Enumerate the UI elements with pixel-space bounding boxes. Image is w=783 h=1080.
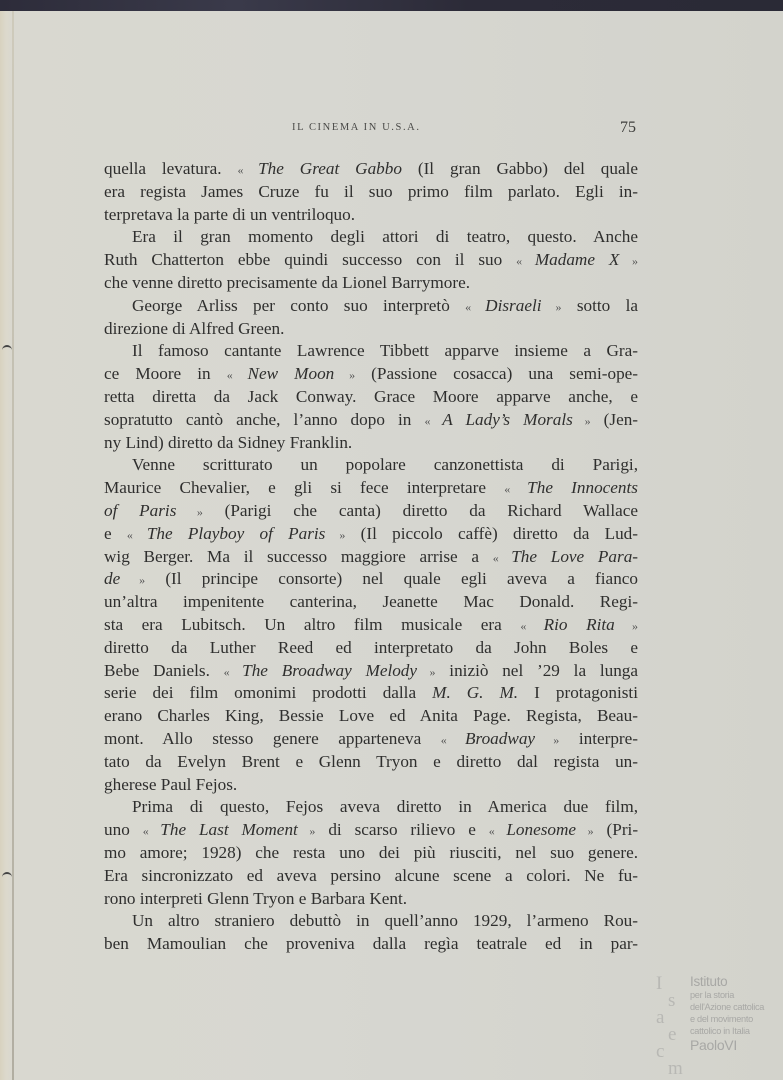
text-run: Un altro straniero debuttò in quell’anno…	[132, 911, 638, 930]
text-run: (Il piccolo caffè) diretto da Lud-	[345, 524, 638, 543]
guillemet: «	[227, 368, 248, 382]
text-line: Il famoso cantante Lawrence Tibbett appa…	[104, 340, 638, 363]
text-line: ny Lind) diretto da Sidney Franklin.	[104, 432, 638, 455]
guillemet: «	[504, 482, 527, 496]
guillemet: »	[576, 824, 594, 838]
guillemet: »	[298, 824, 316, 838]
film-title: The Playboy of Paris	[147, 524, 326, 543]
text-line: e « The Playboy of Paris » (Il piccolo c…	[104, 523, 638, 546]
text-run: Il famoso cantante Lawrence Tibbett appa…	[132, 341, 638, 360]
text-run: quella levatura.	[104, 159, 237, 178]
film-title: The Innocents	[527, 478, 638, 497]
text-run: serie dei film omonimi prodotti dalla	[104, 683, 432, 702]
film-title: Rio Rita	[544, 615, 615, 634]
isacem-watermark-logo: Isaecm Istituto per la storia dell'Azion…	[656, 975, 781, 1070]
text-run: un’altra impenitente canterina, Jeanette…	[104, 592, 638, 611]
watermark-line: per la storia	[690, 989, 783, 1001]
text-run: iniziò nel ’29 la lunga	[436, 661, 639, 680]
text-line: sopratutto cantò anche, l’anno dopo in «…	[104, 409, 638, 432]
text-line: mont. Allo stesso genere apparteneva « B…	[104, 728, 638, 751]
text-run: uno	[104, 820, 143, 839]
text-line: ben Mamoulian che proveniva dalla regìa …	[104, 933, 638, 956]
guillemet: «	[424, 414, 442, 428]
film-title: de	[104, 569, 120, 588]
text-line: Prima di questo, Fejos aveva diretto in …	[104, 796, 638, 819]
body-text: quella levatura. « The Great Gabbo (Il g…	[104, 158, 638, 956]
film-title: New Moon	[248, 364, 335, 383]
guillemet: »	[573, 414, 591, 428]
text-run: Venne scritturato un popolare canzonetti…	[132, 455, 638, 474]
film-title: The Love Para-	[511, 547, 638, 566]
text-run: ny Lind) diretto da Sidney Franklin.	[104, 433, 352, 452]
text-run: (Jen-	[591, 410, 638, 429]
text-run: Ruth Chatterton ebbe quindi successo con…	[104, 250, 516, 269]
text-run: diretto da Luther Reed ed interpretato d…	[104, 638, 638, 657]
text-line: tato da Evelyn Brent e Glenn Tryon e dir…	[104, 751, 638, 774]
text-run: gherese Paul Fejos.	[104, 775, 237, 794]
text-line: wig Berger. Ma il successo maggiore arri…	[104, 546, 638, 569]
text-run: mont. Allo stesso genere apparteneva	[104, 729, 441, 748]
text-run: mo amore; 1928) che resta uno dei più ri…	[104, 843, 638, 862]
text-run: Bebe Daniels.	[104, 661, 224, 680]
text-run: era regista James Cruze fu il suo primo …	[104, 182, 638, 201]
film-title: Disraeli	[485, 296, 541, 315]
text-line: George Arliss per conto suo interpretò «…	[104, 295, 638, 318]
text-line: mo amore; 1928) che resta uno dei più ri…	[104, 842, 638, 865]
text-run: direzione di Alfred Green.	[104, 319, 284, 338]
text-run: wig Berger. Ma il successo maggiore arri…	[104, 547, 493, 566]
text-line: Un altro straniero debuttò in quell’anno…	[104, 910, 638, 933]
text-run: I protagonisti	[518, 683, 638, 702]
guillemet: »	[325, 528, 345, 542]
film-title: Broadway	[465, 729, 535, 748]
watermark-monogram: Isaecm	[656, 975, 690, 1067]
film-title: M. G. M.	[432, 683, 518, 702]
film-title: A Lady’s Morals	[442, 410, 573, 429]
text-run: (Passione cosacca) una semi-ope-	[355, 364, 638, 383]
text-line: Maurice Chevalier, e gli si fece interpr…	[104, 477, 638, 500]
guillemet: «	[489, 824, 507, 838]
text-line: erano Charles King, Bessie Love ed Anita…	[104, 705, 638, 728]
text-run: di scarso rilievo e	[315, 820, 488, 839]
text-run: ben Mamoulian che proveniva dalla regìa …	[104, 934, 638, 953]
text-run: sta era Lubitsch. Un altro film musicale…	[104, 615, 520, 634]
film-title: The Broadway Melody	[242, 661, 417, 680]
guillemet: «	[127, 528, 147, 542]
text-line: gherese Paul Fejos.	[104, 774, 638, 797]
text-line: Era sincronizzato ed aveva persino alcun…	[104, 865, 638, 888]
text-line: Era il gran momento degli attori di teat…	[104, 226, 638, 249]
text-line: Ruth Chatterton ebbe quindi successo con…	[104, 249, 638, 272]
page-number: 75	[620, 119, 636, 137]
text-line: quella levatura. « The Great Gabbo (Il g…	[104, 158, 638, 181]
text-run: (Il gran Gabbo) del quale	[402, 159, 638, 178]
guillemet: «	[520, 619, 543, 633]
text-line: diretto da Luther Reed ed interpretato d…	[104, 637, 638, 660]
text-line: sta era Lubitsch. Un altro film musicale…	[104, 614, 638, 637]
film-title: The Great Gabbo	[258, 159, 402, 178]
watermark-signature: PaoloVI	[690, 1038, 783, 1053]
text-run: che venne diretto precisamente da Lionel…	[104, 273, 470, 292]
text-run: sopratutto cantò anche, l’anno dopo in	[104, 410, 424, 429]
text-run: Prima di questo, Fejos aveva diretto in …	[132, 797, 638, 816]
text-run: (Il principe consorte) nel quale egli av…	[145, 569, 638, 588]
text-run: Era il gran momento degli attori di teat…	[132, 227, 638, 246]
running-head: IL CINEMA IN U.S.A. 75	[0, 119, 783, 139]
watermark-line: e del movimento	[690, 1013, 783, 1025]
text-line: Bebe Daniels. « The Broadway Melody » in…	[104, 660, 638, 683]
text-run: e	[104, 524, 127, 543]
text-run: Maurice Chevalier, e gli si fece interpr…	[104, 478, 504, 497]
guillemet: «	[465, 300, 485, 314]
guillemet: «	[493, 551, 511, 565]
page-gutter-fold	[12, 11, 14, 1080]
film-title: The Last Moment	[160, 820, 298, 839]
text-line: un’altra impenitente canterina, Jeanette…	[104, 591, 638, 614]
text-run: tato da Evelyn Brent e Glenn Tryon e dir…	[104, 752, 638, 771]
guillemet: «	[441, 733, 465, 747]
text-line: era regista James Cruze fu il suo primo …	[104, 181, 638, 204]
text-line: uno « The Last Moment » di scarso riliev…	[104, 819, 638, 842]
text-line: Venne scritturato un popolare canzonetti…	[104, 454, 638, 477]
text-run: (Pri-	[594, 820, 638, 839]
text-run: retta diretta da Jack Conway. Grace Moor…	[104, 387, 638, 406]
text-run: rono interpreti Glenn Tryon e Barbara Ke…	[104, 889, 407, 908]
text-run: Era sincronizzato ed aveva persino alcun…	[104, 866, 638, 885]
text-run: ce Moore in	[104, 364, 227, 383]
watermark-line: dell'Azione cattolica	[690, 1001, 783, 1013]
watermark-text: Istituto per la storia dell'Azione catto…	[690, 975, 783, 1053]
guillemet: »	[120, 573, 145, 587]
text-run: erano Charles King, Bessie Love ed Anita…	[104, 706, 638, 725]
text-run: (Parigi che canta) diretto da Richard Wa…	[203, 501, 638, 520]
film-title: Madame X	[535, 250, 620, 269]
text-line: ce Moore in « New Moon » (Passione cosac…	[104, 363, 638, 386]
monogram-letter: m	[656, 1060, 690, 1077]
guillemet: »	[535, 733, 559, 747]
binding-stitch-mark	[2, 345, 12, 353]
text-run: George Arliss per conto suo interpretò	[132, 296, 465, 315]
film-title: Lonesome	[506, 820, 576, 839]
text-line: terpretava la parte di un ventriloquo.	[104, 204, 638, 227]
watermark-line: cattolico in Italia	[690, 1025, 783, 1037]
text-line: of Paris » (Parigi che canta) diretto da…	[104, 500, 638, 523]
text-line: rono interpreti Glenn Tryon e Barbara Ke…	[104, 888, 638, 911]
text-line: retta diretta da Jack Conway. Grace Moor…	[104, 386, 638, 409]
binding-stitch-mark	[2, 872, 12, 880]
text-run: interpre-	[559, 729, 638, 748]
text-line: che venne diretto precisamente da Lionel…	[104, 272, 638, 295]
text-line: serie dei film omonimi prodotti dalla M.…	[104, 682, 638, 705]
guillemet: «	[516, 254, 535, 268]
text-run: sotto la	[562, 296, 638, 315]
running-title: IL CINEMA IN U.S.A.	[292, 122, 421, 133]
guillemet: »	[615, 619, 638, 633]
guillemet: «	[224, 665, 242, 679]
text-line: direzione di Alfred Green.	[104, 318, 638, 341]
guillemet: «	[143, 824, 161, 838]
text-run: terpretava la parte di un ventriloquo.	[104, 205, 355, 224]
guillemet: »	[176, 505, 202, 519]
guillemet: »	[334, 368, 355, 382]
film-title: of Paris	[104, 501, 176, 520]
guillemet: «	[237, 163, 258, 177]
watermark-title: Istituto	[690, 975, 783, 989]
guillemet: »	[619, 254, 638, 268]
text-line: de » (Il principe consorte) nel quale eg…	[104, 568, 638, 591]
guillemet: »	[417, 665, 435, 679]
guillemet: »	[542, 300, 562, 314]
